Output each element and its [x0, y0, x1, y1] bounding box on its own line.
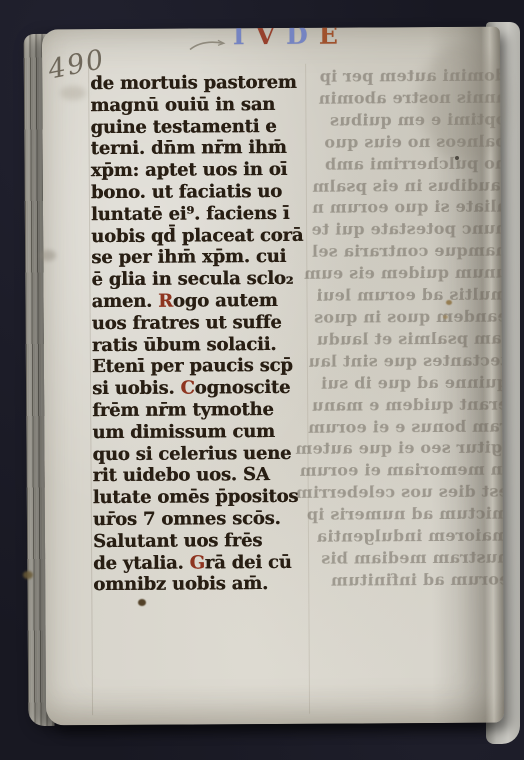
text-line: de ytalia. Grā dei cū	[93, 551, 319, 574]
stain	[60, 86, 86, 100]
text-line: ratis ūbum solacii.	[92, 333, 318, 356]
bleedthrough-line: nustram mediam bis	[295, 546, 504, 569]
stain	[455, 156, 459, 160]
text-line: terni. dn̄m nr̄m ihm̄	[91, 137, 317, 160]
header-letter: D	[286, 27, 319, 50]
text-segment: ogo autem	[173, 290, 278, 312]
text-segment: de mortuis pastorem	[90, 72, 296, 94]
text-line: bono. ut faciatis uo	[91, 181, 317, 204]
rubric-initial: C	[180, 378, 194, 399]
stain	[446, 300, 452, 305]
text-segment: uos fratres ut suffe	[92, 312, 282, 334]
stain	[23, 571, 33, 579]
text-segment: ur̄os 7 omnes scōs.	[93, 508, 281, 530]
stain	[40, 250, 56, 261]
text-segment: si uobis.	[92, 378, 181, 400]
text-line: luntatē ei⁹. faciens ī	[91, 203, 317, 226]
text-segment: quo si celerius uene	[92, 442, 291, 464]
bleedthrough-line: erant quidem e manu	[294, 393, 504, 416]
bleedthrough-line: ram bonus e ei eorum	[294, 415, 504, 438]
stain	[138, 599, 146, 606]
text-segment: lutate omēs p̄positos	[93, 486, 299, 508]
text-line: quo si celerius uene	[92, 442, 318, 465]
bleedthrough-line: est dies uos celeberrim	[295, 481, 504, 504]
text-block: de mortuis pastoremmagnū ouiū in sanguin…	[90, 72, 319, 596]
text-segment: bono. ut faciatis uo	[91, 181, 282, 203]
rubric-initial: R	[158, 291, 173, 312]
bleedthrough-line: tectantes que sint lau	[294, 349, 504, 372]
text-segment: de ytalia.	[93, 552, 190, 574]
bleedthrough-line: unum quidem eis eum	[293, 262, 504, 285]
running-header: IVDE	[226, 27, 356, 51]
text-segment: magnū ouiū in san	[90, 94, 275, 116]
text-line: rit uidebo uos. SA	[93, 464, 319, 487]
bleedthrough-line: iam psalmis et laudu	[294, 327, 504, 350]
bleedthrough-line: eandem quos in quos	[294, 306, 505, 329]
bleedthrough-line: hunc potestate qui te	[293, 218, 504, 241]
text-segment: luntatē ei⁹. faciens ī	[91, 203, 289, 225]
text-line: de mortuis pastorem	[90, 72, 316, 95]
text-line: um dimissum cum	[92, 420, 318, 443]
bleedthrough-line: eorum ad infinitum	[295, 568, 504, 591]
text-line: si uobis. Cognoscite	[92, 377, 318, 400]
stain	[443, 315, 448, 319]
text-line: guine testamenti e	[90, 115, 316, 138]
bleedthrough-line: aliate si quo eorum n	[293, 196, 504, 219]
text-segment: um dimissum cum	[92, 421, 275, 443]
text-line: ur̄os 7 omnes scōs.	[93, 508, 319, 531]
header-letter: I	[233, 27, 256, 51]
text-segment: amen.	[91, 291, 158, 312]
bleedthrough-line: multis ad eorum leui	[293, 284, 504, 307]
stain	[420, 42, 505, 162]
text-line: Salutant uos frēs	[93, 529, 319, 552]
text-segment: guine testamenti e	[90, 116, 276, 138]
text-line: omnibz uobis am̄.	[93, 573, 319, 596]
header-letter: V	[256, 27, 287, 50]
header-flourish-mark	[188, 37, 226, 51]
rubric-initial: G	[189, 552, 204, 573]
text-segment: frēm nr̄m tymothe	[92, 399, 273, 421]
text-segment: ratis ūbum solacii.	[92, 334, 277, 356]
text-line: amen. Rogo autem	[91, 290, 317, 313]
text-segment: Salutant uos frēs	[93, 530, 262, 552]
text-segment: uobis qd̄ placeat corā	[91, 224, 303, 246]
text-segment: ē glia in secula sclo₂	[91, 268, 293, 290]
text-segment: rā dei cū	[205, 551, 292, 573]
header-letter: E	[319, 27, 349, 50]
text-segment: xp̄m: aptet uos in oī	[91, 159, 288, 181]
bleedthrough-line: maiorem indulgentia	[295, 525, 504, 548]
text-segment: Etenī per paucis scp̄	[92, 355, 293, 377]
text-line: uobis qd̄ placeat corā	[91, 224, 317, 247]
bleedthrough-line: laudibus in eis psalm	[293, 174, 504, 197]
bleedthrough-line: mictum ad numeris ip	[295, 503, 504, 526]
text-line: xp̄m: aptet uos in oī	[91, 159, 317, 182]
bleedthrough-line: quinne ad que ib sui	[294, 371, 504, 394]
text-line: frēm nr̄m tymothe	[92, 399, 318, 422]
bleedthrough-line: in memoriam ei eorum	[295, 459, 505, 482]
text-segment: omnibz uobis am̄.	[93, 573, 268, 595]
bleedthrough-line: igitur seo ei que autem	[294, 437, 504, 460]
text-segment: se per ihm̄ xp̄m. cui	[91, 246, 286, 268]
bleedthrough-line: namque contraria sel	[293, 240, 504, 263]
text-segment: terni. dn̄m nr̄m ihm̄	[91, 137, 287, 159]
text-segment: ognoscite	[195, 377, 291, 399]
text-line: Etenī per paucis scp̄	[92, 355, 318, 378]
manuscript-photo: 490 IVDE domini autem per ipannis nostre…	[0, 0, 524, 760]
text-line: magnū ouiū in san	[90, 94, 316, 117]
text-segment: rit uidebo uos. SA	[93, 464, 270, 486]
text-line: lutate omēs p̄positos	[93, 486, 319, 509]
text-line: ē glia in secula sclo₂	[91, 268, 317, 291]
text-line: uos fratres ut suffe	[92, 311, 318, 334]
text-line: se per ihm̄ xp̄m. cui	[91, 246, 317, 269]
